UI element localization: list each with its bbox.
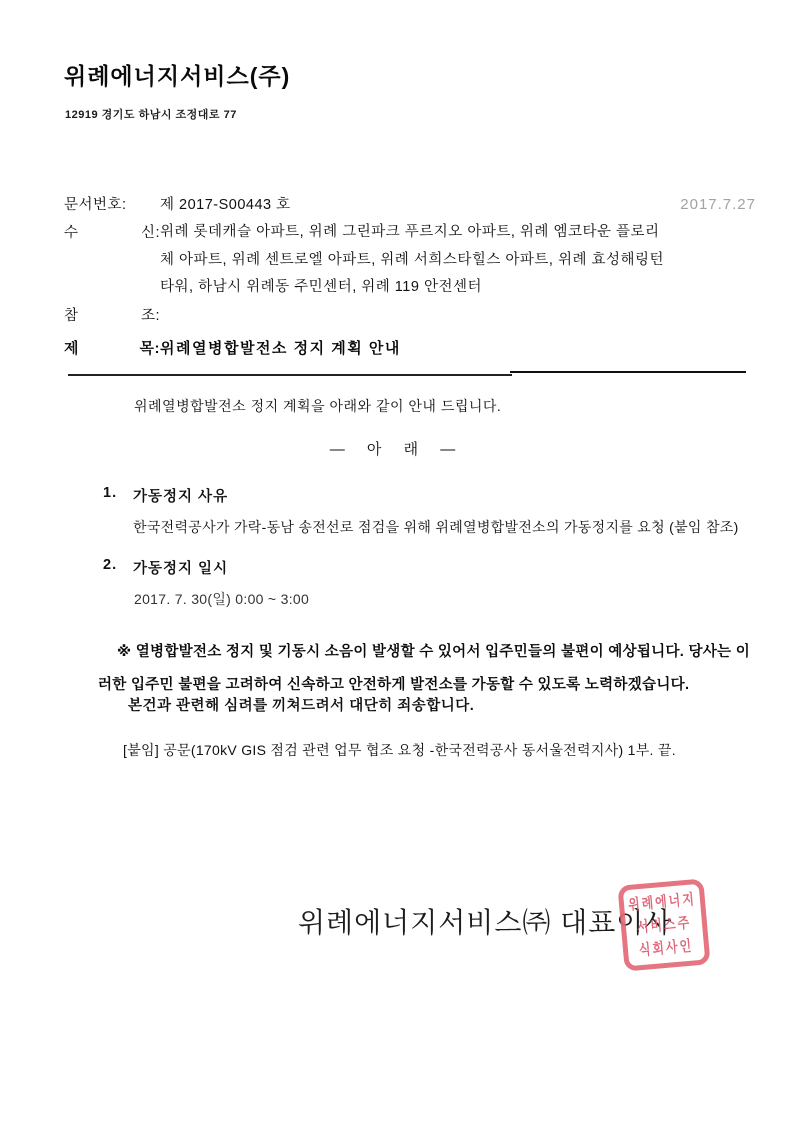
section-2-title: 가동정지 일시	[133, 557, 228, 578]
recipient-row: 수 신: 위례 롯데캐슬 아파트, 위례 그린파크 푸르지오 아파트, 위례 엠…	[64, 219, 758, 302]
document-meta: 문서번호: 제 2017-S00443 호 수 신: 위례 롯데캐슬 아파트, …	[64, 191, 758, 330]
subject-divider-left	[68, 374, 512, 376]
doc-number-label: 문서번호:	[64, 191, 160, 219]
cc-label: 참 조:	[64, 302, 160, 330]
corporate-seal-stamp: 위례에너지 서비스주 식회사인	[617, 878, 710, 971]
doc-number-value: 제 2017-S00443 호	[160, 191, 291, 219]
section-1-text: 한국전력공사가 가락-동남 송전선로 점검을 위해 위례열병합발전소의 가동정지…	[133, 517, 739, 537]
subject-divider-right	[510, 371, 746, 373]
document-date: 2017.7.27	[680, 191, 756, 219]
company-name: 위례에너지서비스(주)	[64, 58, 290, 91]
cc-row: 참 조:	[64, 302, 758, 330]
section-1-number: 1.	[103, 485, 133, 506]
attachment-line: [붙임] 공문(170kV GIS 점검 관련 업무 협조 요청 -한국전력공사…	[123, 740, 676, 760]
recipient-line: 타워, 하남시 위례동 주민센터, 위례 119 안전센터	[160, 274, 664, 302]
notice-paragraph: ※ 열병합발전소 정지 및 기동시 소음이 발생할 수 있어서 입주민들의 불편…	[98, 636, 750, 702]
doc-number-row: 문서번호: 제 2017-S00443 호	[64, 191, 758, 219]
subject-title: 위례열병합발전소 정지 계획 안내	[160, 337, 401, 358]
seal-text-line: 식회사인	[638, 931, 695, 964]
recipient-label: 수 신:	[64, 219, 160, 247]
section-1-heading: 1. 가동정지 사유	[103, 485, 228, 506]
below-marker: — 아 래 —	[0, 438, 794, 459]
signature-line: 위례에너지서비스㈜ 대표이사	[298, 901, 672, 941]
section-2-text: 2017. 7. 30(일) 0:00 ~ 3:00	[134, 589, 309, 609]
section-2-number: 2.	[103, 557, 133, 578]
apology-line: 본건과 관련해 심려를 끼쳐드려서 대단히 죄송합니다.	[128, 694, 474, 715]
subject-label: 제 목:	[64, 337, 160, 358]
company-address: 12919 경기도 하남시 조정대로 77	[65, 106, 237, 122]
intro-paragraph: 위례열병합발전소 정지 계획을 아래와 같이 안내 드립니다.	[134, 396, 501, 416]
document-page: 위례에너지서비스(주) 12919 경기도 하남시 조정대로 77 문서번호: …	[0, 0, 794, 1122]
recipient-line: 체 아파트, 위례 센트로엘 아파트, 위례 서희스타힐스 아파트, 위례 효성…	[160, 247, 664, 275]
recipient-list: 위례 롯데캐슬 아파트, 위례 그린파크 푸르지오 아파트, 위례 엠코타운 플…	[160, 219, 664, 302]
section-2-heading: 2. 가동정지 일시	[103, 557, 228, 578]
subject-row: 제 목: 위례열병합발전소 정지 계획 안내	[64, 337, 401, 358]
recipient-line: 위례 롯데캐슬 아파트, 위례 그린파크 푸르지오 아파트, 위례 엠코타운 플…	[160, 219, 664, 247]
section-1-title: 가동정지 사유	[133, 485, 228, 506]
